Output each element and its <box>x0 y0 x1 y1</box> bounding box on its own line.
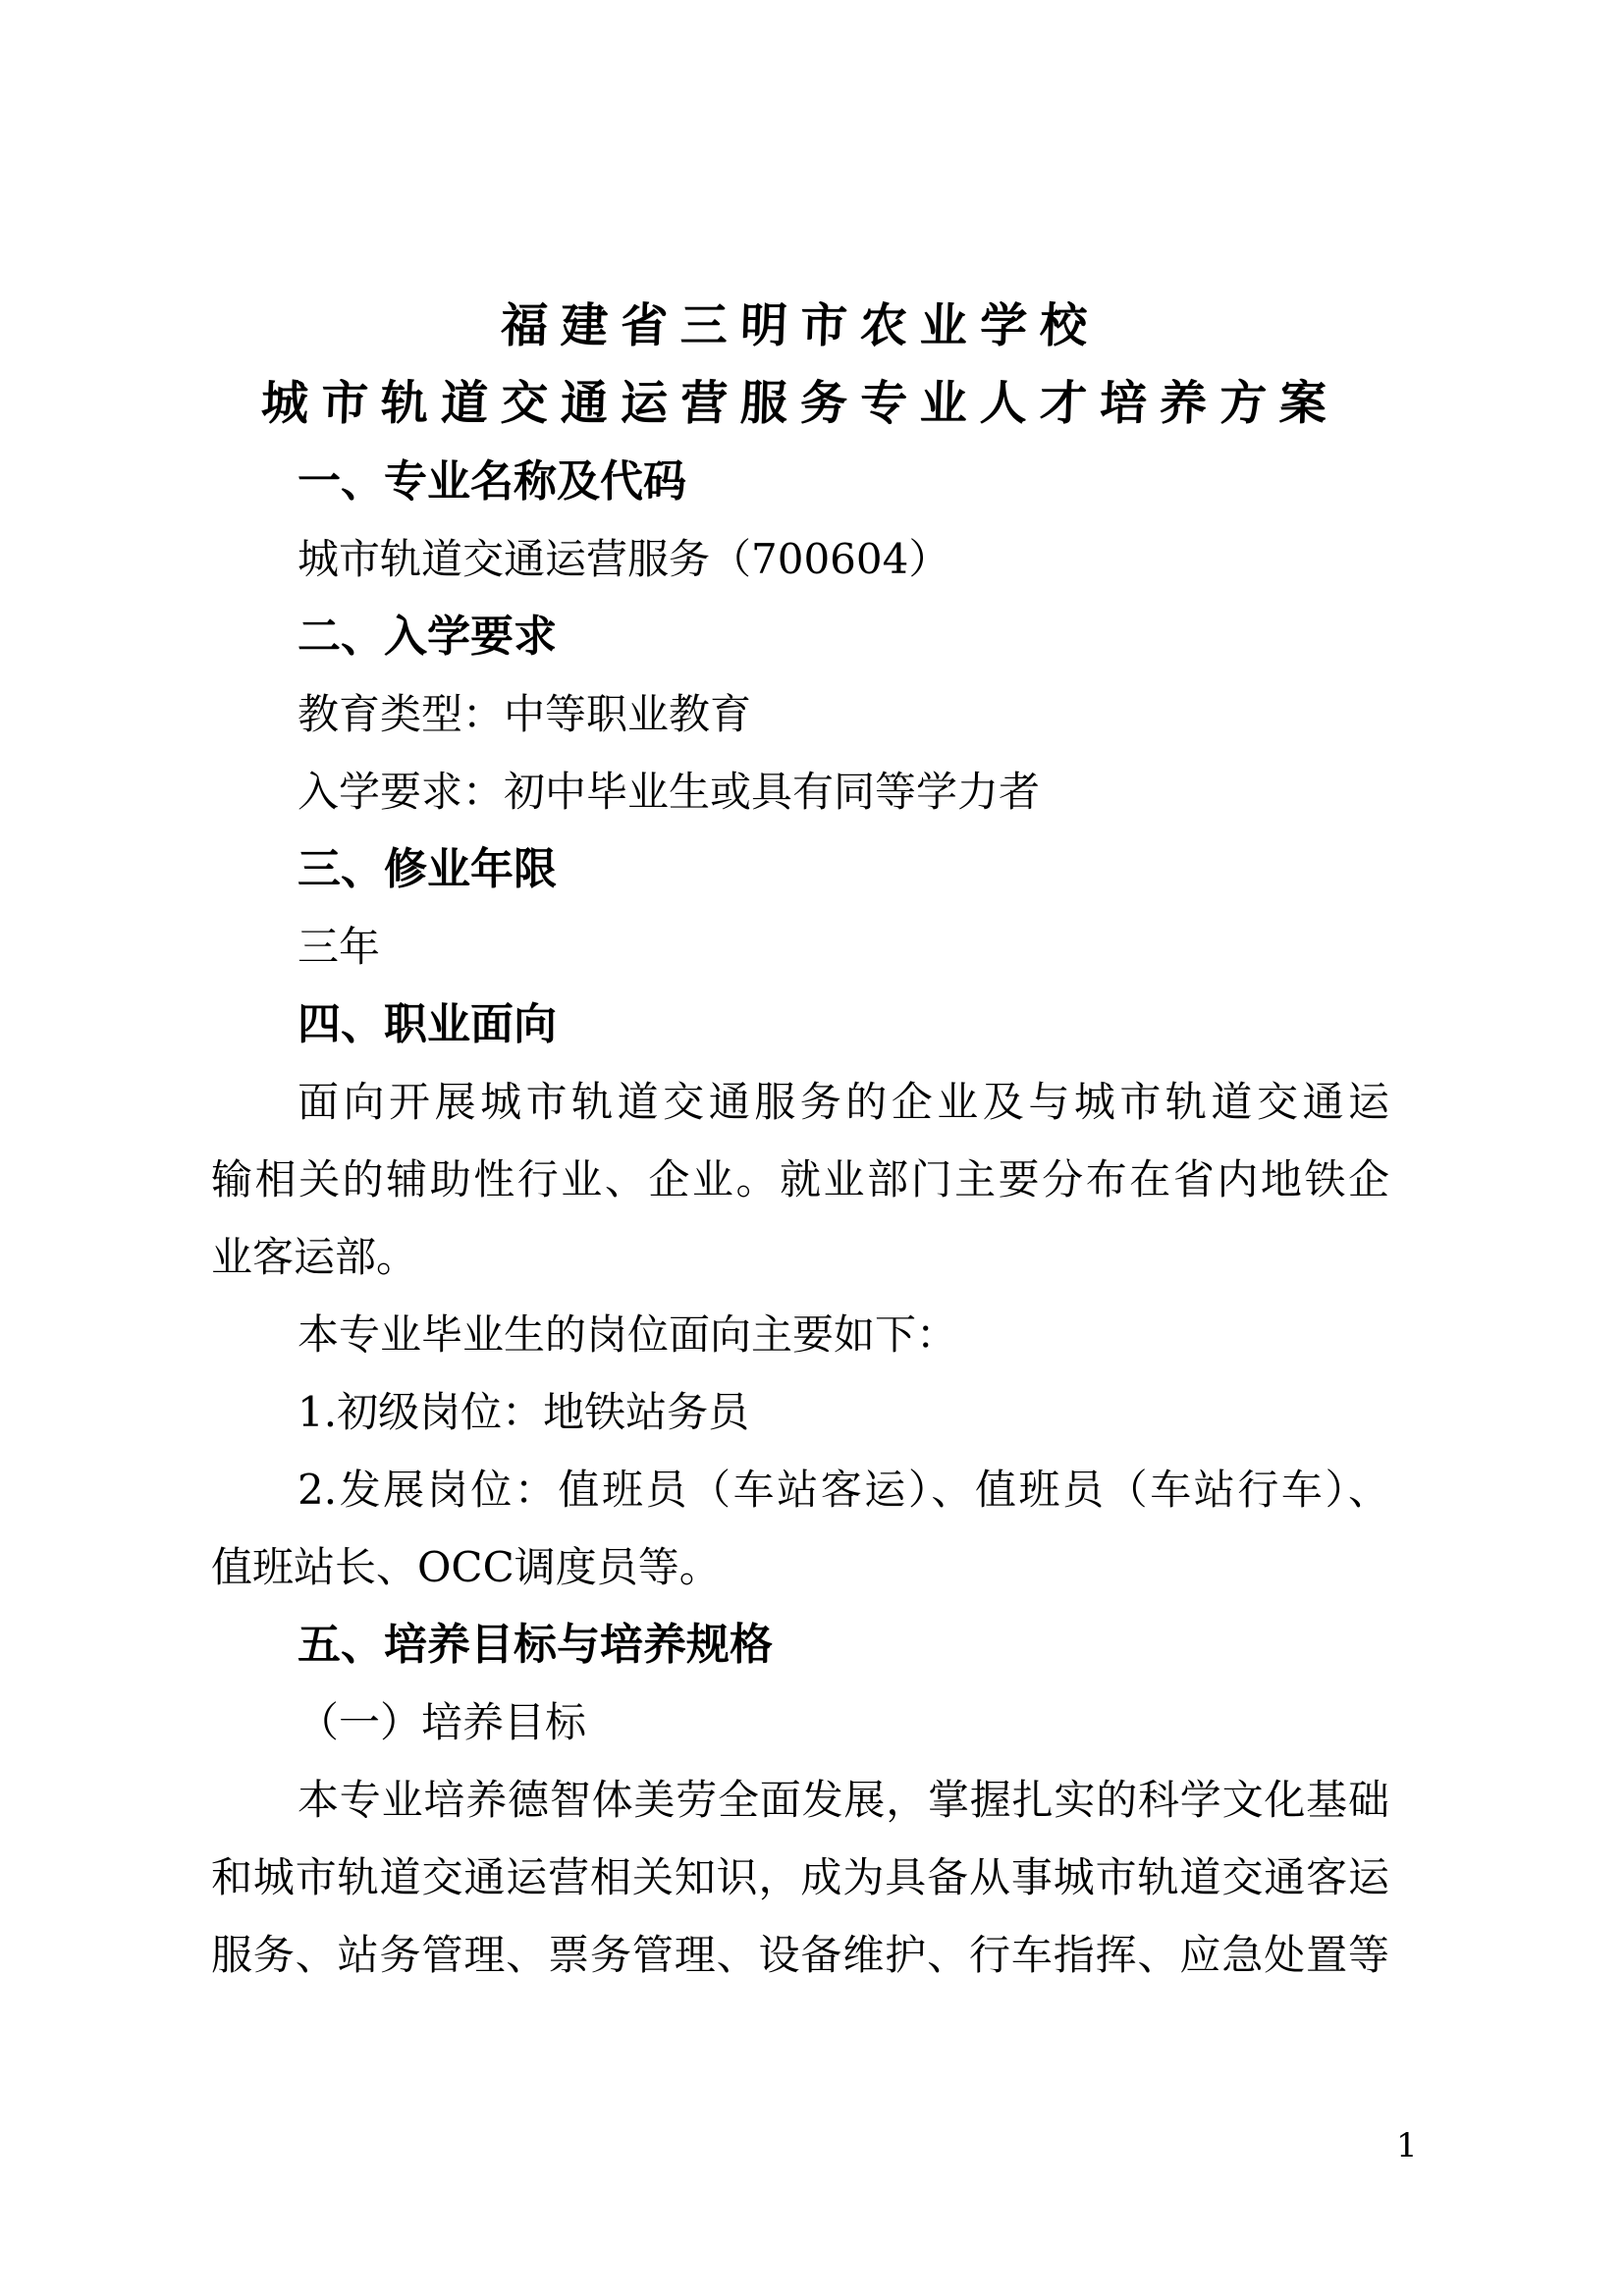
section-4-intro-line: 本专业毕业生的岗位面向主要如下： <box>211 1296 1389 1373</box>
section-2-body-line-1: 教育类型：中等职业教育 <box>211 675 1389 753</box>
section-4-paragraph-line-3: 业客运部。 <box>211 1218 1389 1296</box>
section-5-paragraph-line-3: 服务、站务管理、票务管理、设备维护、行车指挥、应急处置等 <box>211 1916 1389 1994</box>
section-1-heading: 一、专业名称及代码 <box>211 443 1389 520</box>
section-4-list-item-1: 1.初级岗位：地铁站务员 <box>211 1373 1389 1451</box>
section-2-body-line-2: 入学要求：初中毕业生或具有同等学力者 <box>211 753 1389 830</box>
section-4-paragraph-line-2: 输相关的辅助性行业、企业。就业部门主要分布在省内地铁企 <box>211 1141 1389 1218</box>
section-4-list-item-2-line-1: 2.发展岗位：值班员（车站客运）、值班员（车站行车）、 <box>211 1451 1389 1528</box>
section-4-paragraph-line-1: 面向开展城市轨道交通服务的企业及与城市轨道交通运 <box>211 1063 1389 1141</box>
section-5-paragraph-line-1: 本专业培养德智体美劳全面发展，掌握扎实的科学文化基础 <box>211 1761 1389 1839</box>
section-2-heading: 二、入学要求 <box>211 598 1389 675</box>
doc-title-line-1: 福建省三明市农业学校 <box>210 288 1391 365</box>
section-4-list-item-2-line-2: 值班站长、OCC调度员等。 <box>211 1528 1389 1606</box>
section-3-body-line: 三年 <box>211 908 1389 986</box>
section-4-heading: 四、职业面向 <box>211 986 1389 1063</box>
document-page: 福建省三明市农业学校 城市轨道交通运营服务专业人才培养方案 一、专业名称及代码 … <box>0 0 1624 2296</box>
section-5-subheading: （一）培养目标 <box>211 1683 1389 1761</box>
document-content: 福建省三明市农业学校 城市轨道交通运营服务专业人才培养方案 一、专业名称及代码 … <box>211 288 1389 1994</box>
section-5-heading: 五、培养目标与培养规格 <box>211 1606 1389 1683</box>
section-1-body-line: 城市轨道交通运营服务（700604） <box>211 520 1389 598</box>
section-5-paragraph-line-2: 和城市轨道交通运营相关知识，成为具备从事城市轨道交通客运 <box>211 1839 1389 1916</box>
section-3-heading: 三、修业年限 <box>211 830 1389 908</box>
doc-title-line-2: 城市轨道交通运营服务专业人才培养方案 <box>210 365 1391 443</box>
page-number: 1 <box>1396 2126 1418 2165</box>
